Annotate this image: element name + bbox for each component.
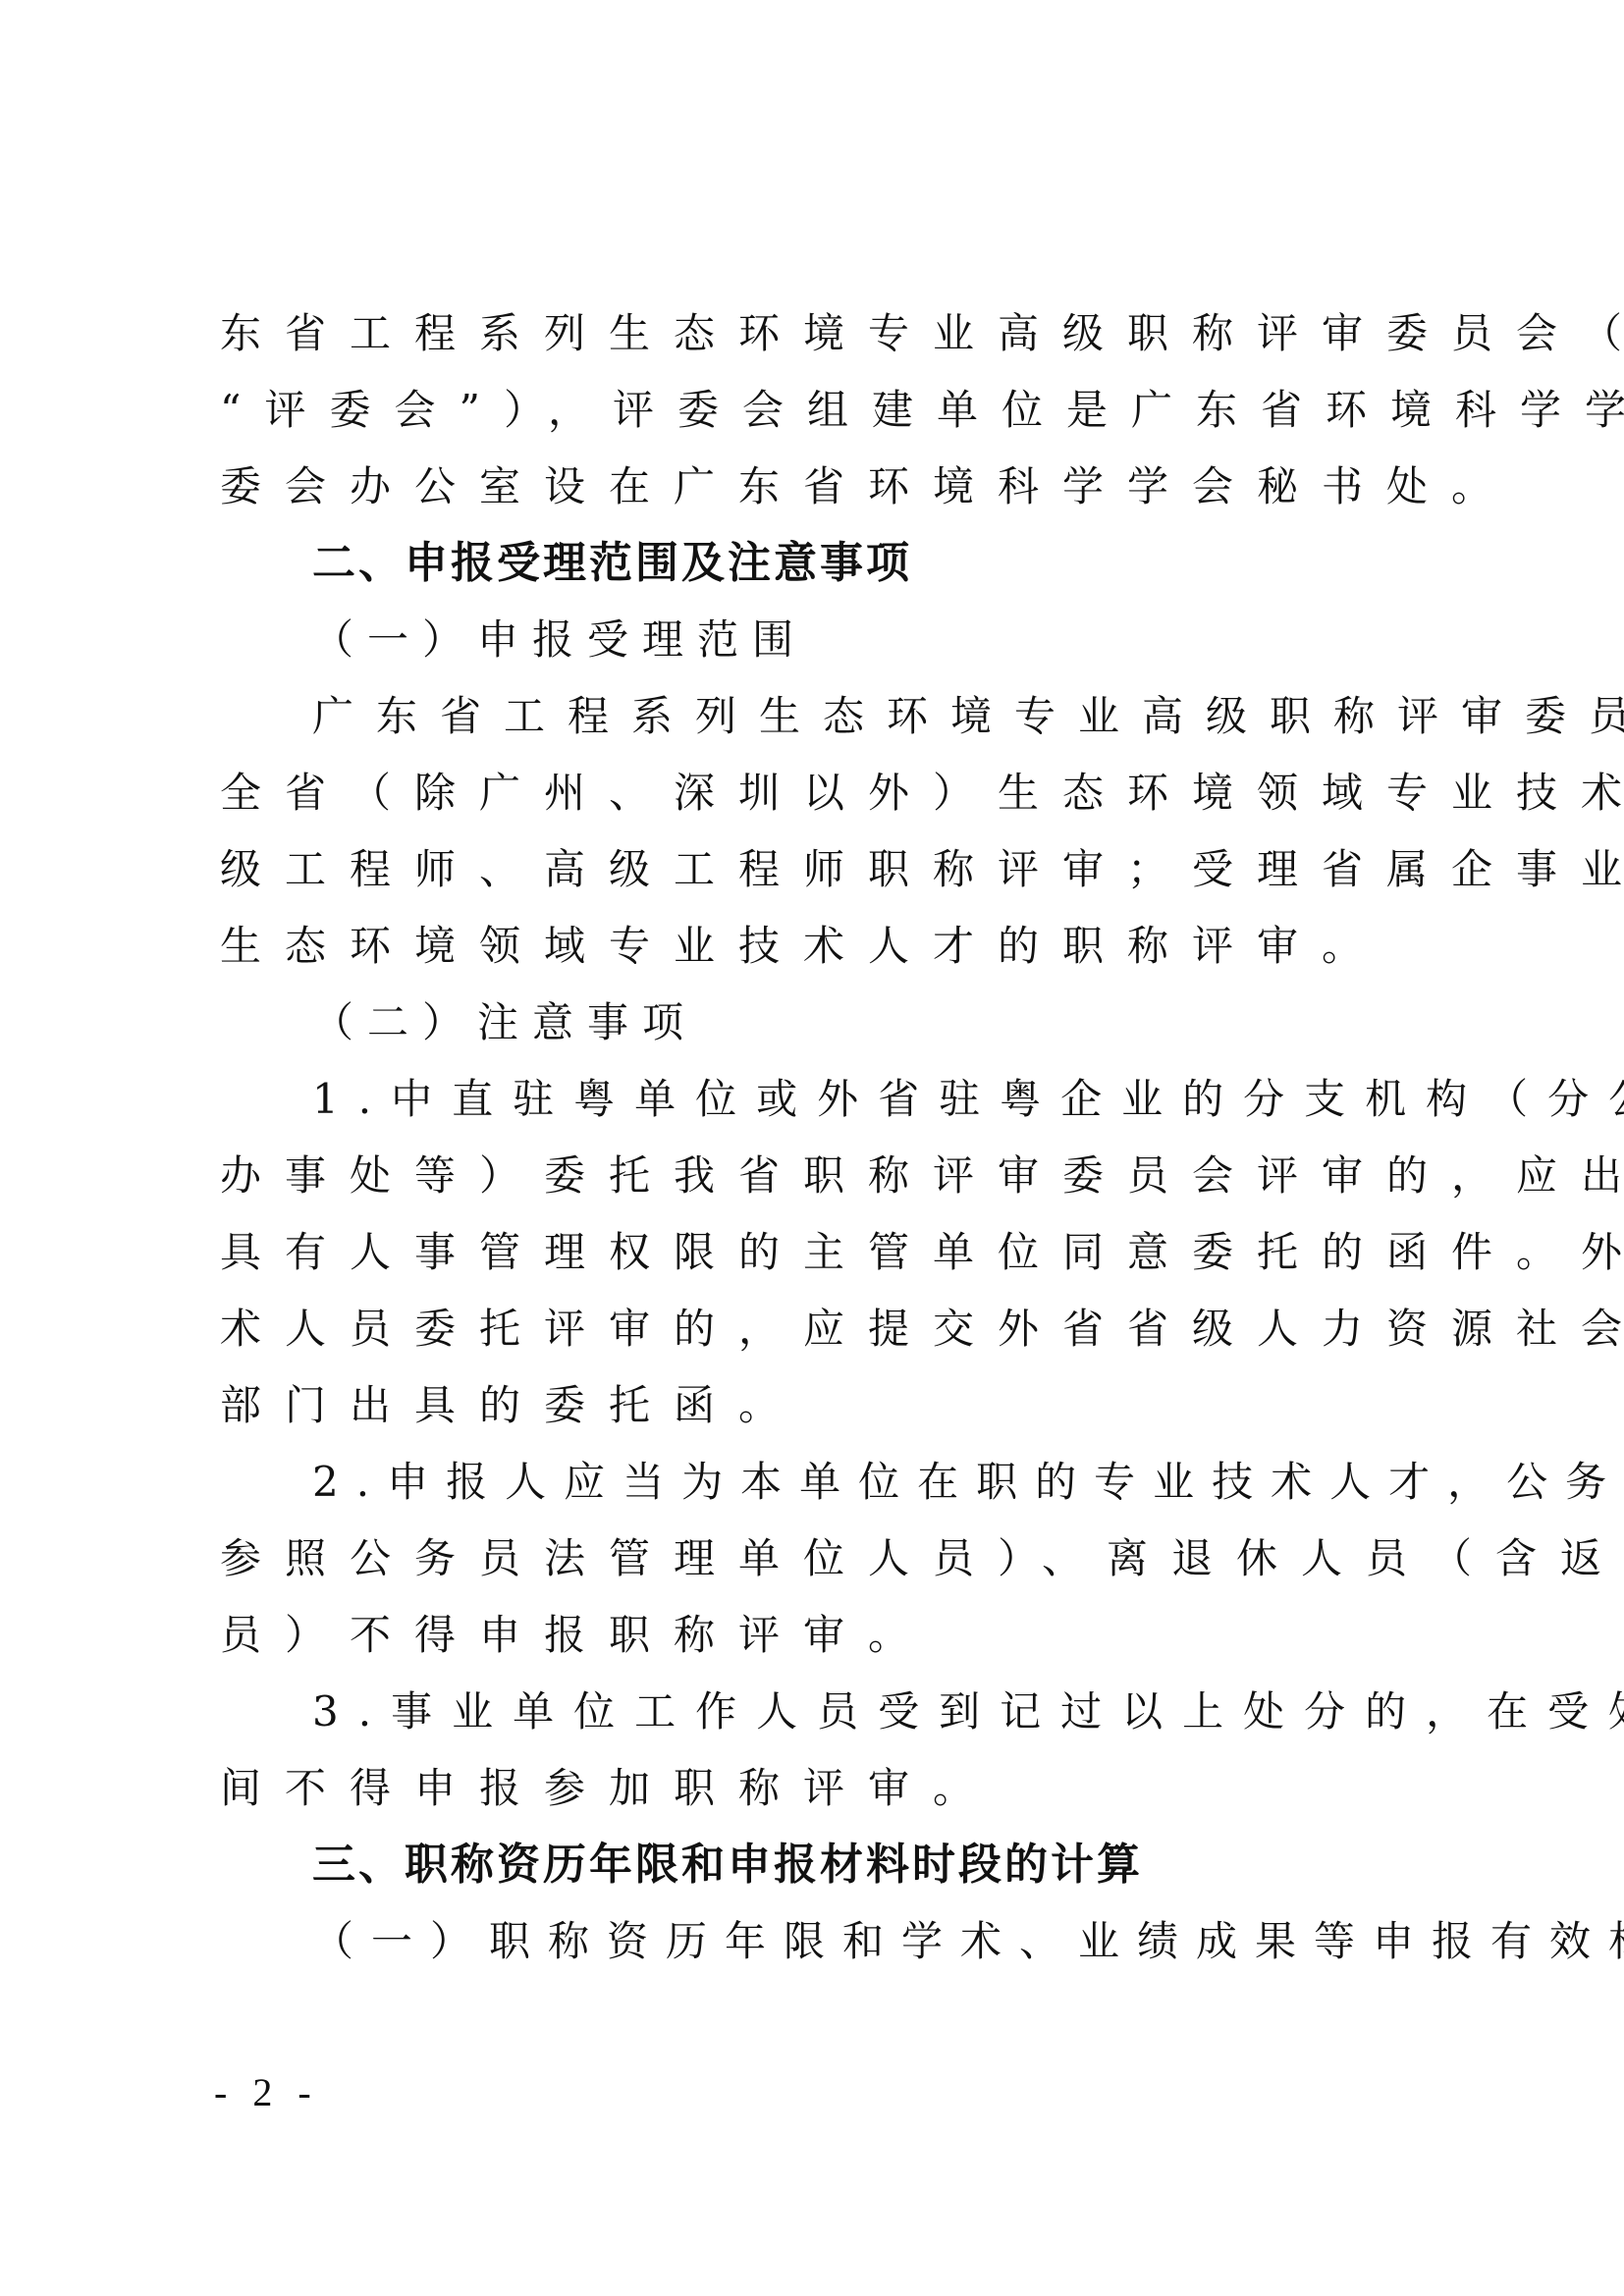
body-line: 参照公务员法管理单位人员）、离退休人员（含返聘在岗人 xyxy=(220,1533,1398,1584)
body-line: 东省工程系列生态环境专业高级职称评审委员会（以下简称 xyxy=(220,308,1398,359)
list-item-3: 3.事业单位工作人员受到记过以上处分的，在受处分期 xyxy=(312,1686,1490,1737)
body-line: 委会办公室设在广东省环境科学学会秘书处。 xyxy=(220,461,1398,512)
body-line: 部门出具的委托函。 xyxy=(220,1380,1398,1431)
list-item-1: 1.中直驻粤单位或外省驻粤企业的分支机构（分公司、 xyxy=(312,1074,1490,1125)
section-heading-2: 二、申报受理范围及注意事项 xyxy=(312,538,1490,589)
body-line: 生态环境领域专业技术人才的职称评审。 xyxy=(220,921,1398,972)
subsection-heading: （一）职称资历年限和学术、业绩成果等申报有效材料 xyxy=(312,1916,1490,1967)
list-item-2: 2.申报人应当为本单位在职的专业技术人才，公务员（含 xyxy=(312,1457,1490,1508)
document-page: 东省工程系列生态环境专业高级职称评审委员会（以下简称 “评委会”），评委会组建单… xyxy=(0,0,1624,2296)
body-line: 术人员委托评审的，应提交外省省级人力资源社会保障行政 xyxy=(220,1304,1398,1355)
body-line: 全省（除广州、深圳以外）生态环境领域专业技术人才正高 xyxy=(220,768,1398,819)
body-line: 间不得申报参加职称评审。 xyxy=(220,1763,1398,1814)
body-line: 广东省工程系列生态环境专业高级职称评审委员会受理 xyxy=(312,691,1490,742)
body-line: 员）不得申报职称评审。 xyxy=(220,1610,1398,1661)
body-line: 办事处等）委托我省职称评审委员会评审的，应出具该单位 xyxy=(220,1150,1398,1201)
page-number: - 2 - xyxy=(214,2069,319,2115)
body-line: 级工程师、高级工程师职称评审；受理省属企事业单位从事 xyxy=(220,844,1398,895)
section-heading-3: 三、职称资历年限和申报材料时段的计算 xyxy=(312,1840,1490,1891)
body-line: “评委会”），评委会组建单位是广东省环境科学学会，评 xyxy=(220,385,1398,436)
body-line: 具有人事管理权限的主管单位同意委托的函件。外省专业技 xyxy=(220,1227,1398,1278)
subsection-heading: （一）申报受理范围 xyxy=(312,614,1490,666)
subsection-heading: （二）注意事项 xyxy=(312,997,1490,1048)
